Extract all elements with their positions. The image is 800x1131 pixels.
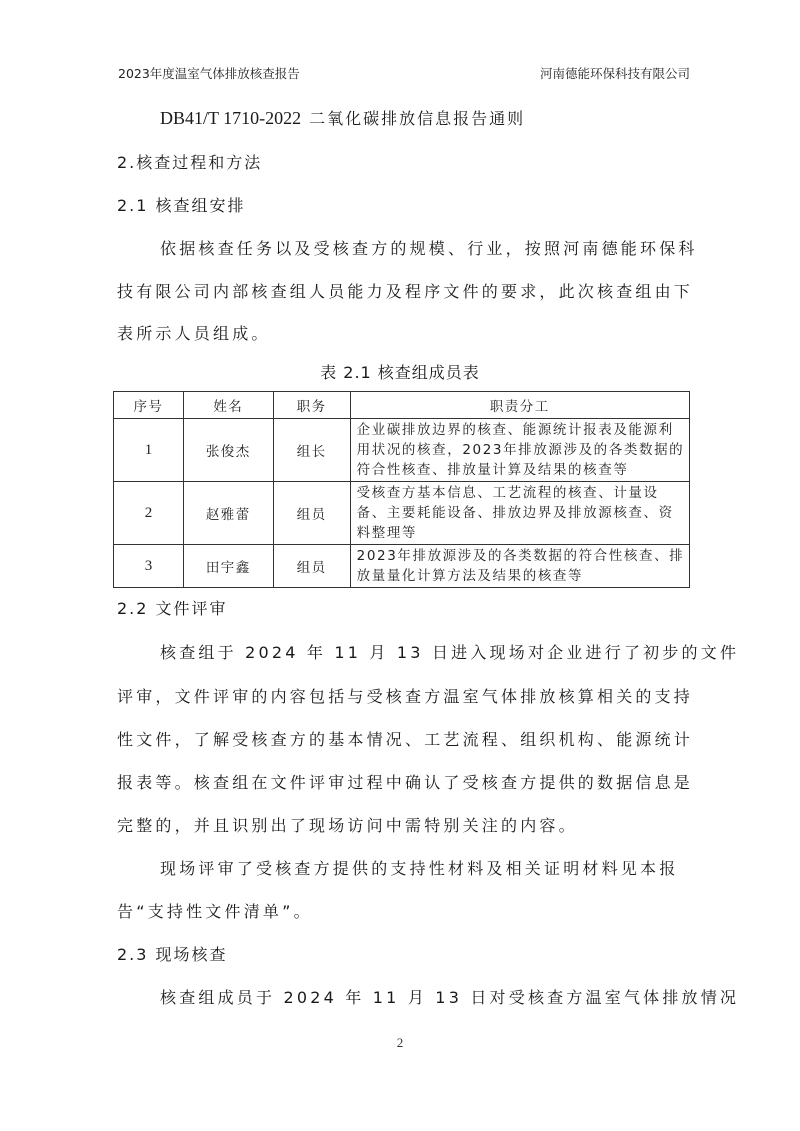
column-header-role: 职务 [273, 392, 350, 419]
cell-role: 组长 [273, 419, 350, 482]
standard-code: DB41/T 1710-2022 [160, 108, 301, 128]
paragraph-line: 完整的，并且识别出了现场访问中需特别关注的内容。 [117, 813, 578, 836]
paragraph-line: 核查组于 2024 年 11 月 13 日进入现场对企业进行了初步的文件 [160, 640, 739, 663]
section-2-heading: 2.核查过程和方法 [117, 150, 262, 173]
table-header-row: 序号 姓名 职务 职责分工 [114, 392, 690, 419]
table-row: 1 张俊杰 组长 企业碳排放边界的核查、能源统计报表及能源利用状况的核查，202… [114, 419, 690, 482]
paragraph-line: 核查组成员于 2024 年 11 月 13 日对受核查方温室气体排放情况 [160, 985, 739, 1008]
column-header-number: 序号 [114, 392, 184, 419]
paragraph-line: 报表等。核查组在文件评审过程中确认了受核查方提供的数据信息是 [117, 770, 693, 793]
cell-name: 田宇鑫 [183, 545, 273, 588]
cell-role: 组员 [273, 545, 350, 588]
page-number: 2 [0, 1035, 800, 1051]
section-2-3-heading: 2.3 现场核查 [117, 942, 228, 965]
cell-number: 3 [114, 545, 184, 588]
cell-role: 组员 [273, 482, 350, 545]
paragraph-line: 技有限公司内部核查组人员能力及程序文件的要求，此次核查组由下 [117, 279, 693, 302]
cell-duty: 2023年排放源涉及的各类数据的符合性核查、排放量量化计算方法及结果的核查等 [350, 545, 689, 588]
cell-name: 赵雅蕾 [183, 482, 273, 545]
header-report-title: 2023年度温室气体排放核查报告 [118, 64, 300, 82]
paragraph-line: 性文件，了解受核查方的基本情况、工艺流程、组织机构、能源统计 [117, 727, 693, 750]
standard-reference: DB41/T 1710-2022二氧化碳排放信息报告通则 [160, 106, 525, 129]
paragraph-line: 现场评审了受核查方提供的支持性材料及相关证明材料见本报 [160, 856, 678, 879]
page-header: 2023年度温室气体排放核查报告 河南德能环保科技有限公司 [118, 64, 690, 82]
cell-name: 张俊杰 [183, 419, 273, 482]
cell-number: 1 [114, 419, 184, 482]
table-row: 2 赵雅蕾 组员 受核查方基本信息、工艺流程的核查、计量设备、主要耗能设备、排放… [114, 482, 690, 545]
paragraph-line: 告“支持性文件清单”。 [117, 899, 313, 922]
cell-duty: 受核查方基本信息、工艺流程的核查、计量设备、主要耗能设备、排放边界及排放源核查、… [350, 482, 689, 545]
cell-duty: 企业碳排放边界的核查、能源统计报表及能源利用状况的核查，2023年排放源涉及的各… [350, 419, 689, 482]
section-2-1-heading: 2.1 核查组安排 [117, 193, 246, 216]
header-company-name: 河南德能环保科技有限公司 [540, 64, 690, 82]
column-header-name: 姓名 [183, 392, 273, 419]
paragraph-line: 评审，文件评审的内容包括与受核查方温室气体排放核算相关的支持 [117, 684, 693, 707]
table-row: 3 田宇鑫 组员 2023年排放源涉及的各类数据的符合性核查、排放量量化计算方法… [114, 545, 690, 588]
team-members-table: 序号 姓名 职务 职责分工 1 张俊杰 组长 企业碳排放边界的核查、能源统计报表… [113, 391, 690, 588]
cell-number: 2 [114, 482, 184, 545]
column-header-duty: 职责分工 [350, 392, 689, 419]
paragraph-line: 依据核查任务以及受核查方的规模、行业，按照河南德能环保科 [160, 236, 698, 259]
standard-title: 二氧化碳排放信息报告通则 [309, 109, 525, 128]
table-caption: 表 2.1 核查组成员表 [0, 360, 800, 383]
section-2-2-heading: 2.2 文件评审 [117, 596, 228, 619]
paragraph-line: 表所示人员组成。 [117, 321, 271, 344]
